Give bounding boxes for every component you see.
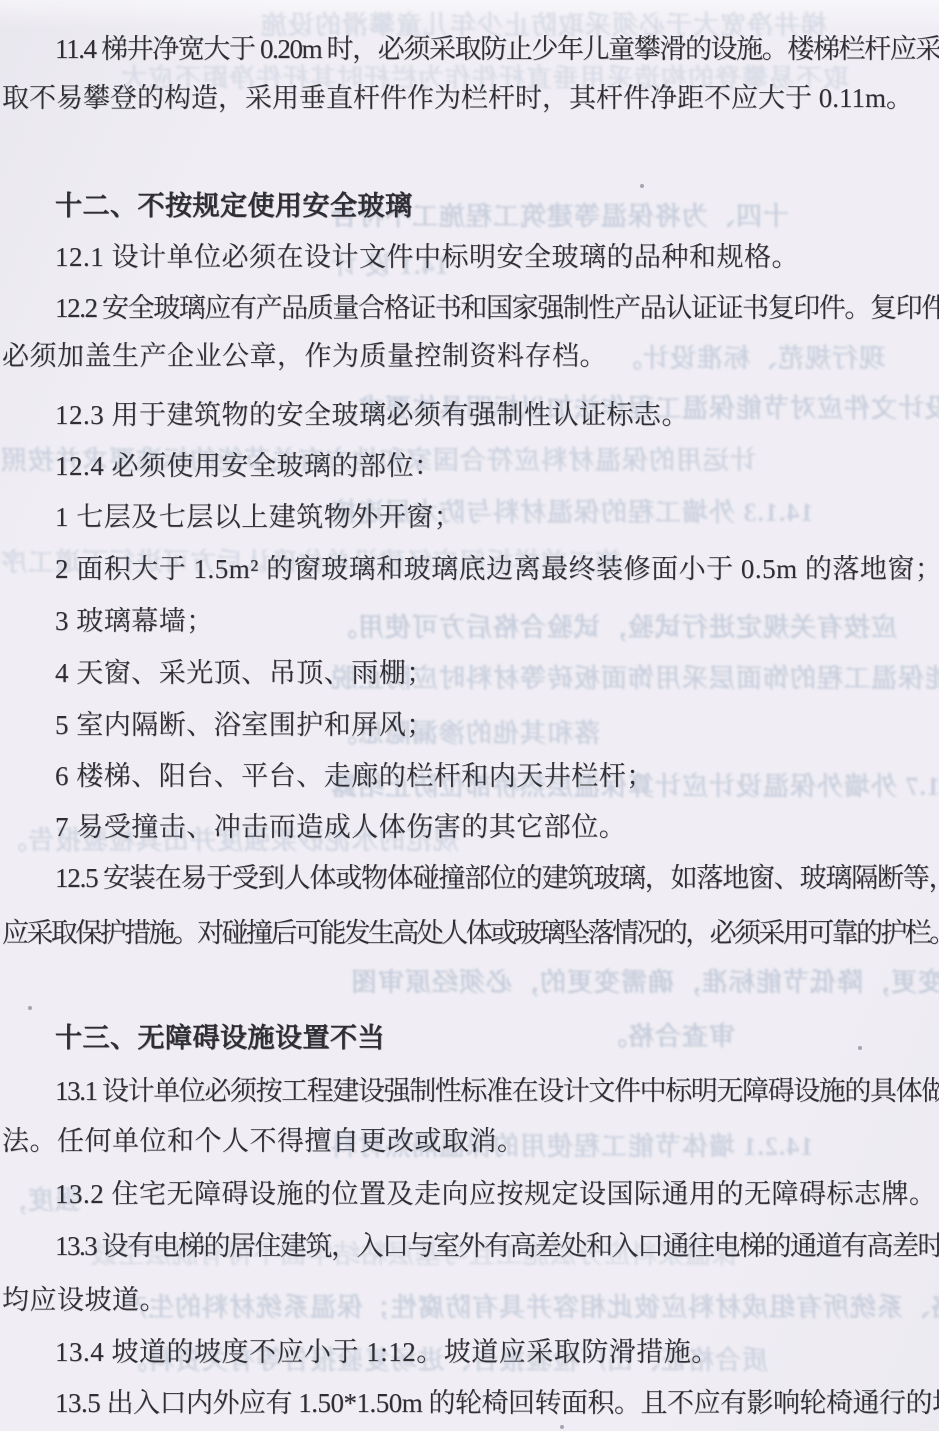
scan-speck — [28, 1006, 32, 1010]
scan-noise-layer — [0, 0, 939, 1431]
scan-speck — [858, 1046, 862, 1050]
scan-speck — [560, 1425, 564, 1429]
scan-speck — [640, 184, 644, 188]
scanned-page: 梯井净宽大于必须采取防止少年儿童攀滑的设施取不易攀登的构造采用垂直杆件作为栏杆时… — [0, 0, 939, 1431]
